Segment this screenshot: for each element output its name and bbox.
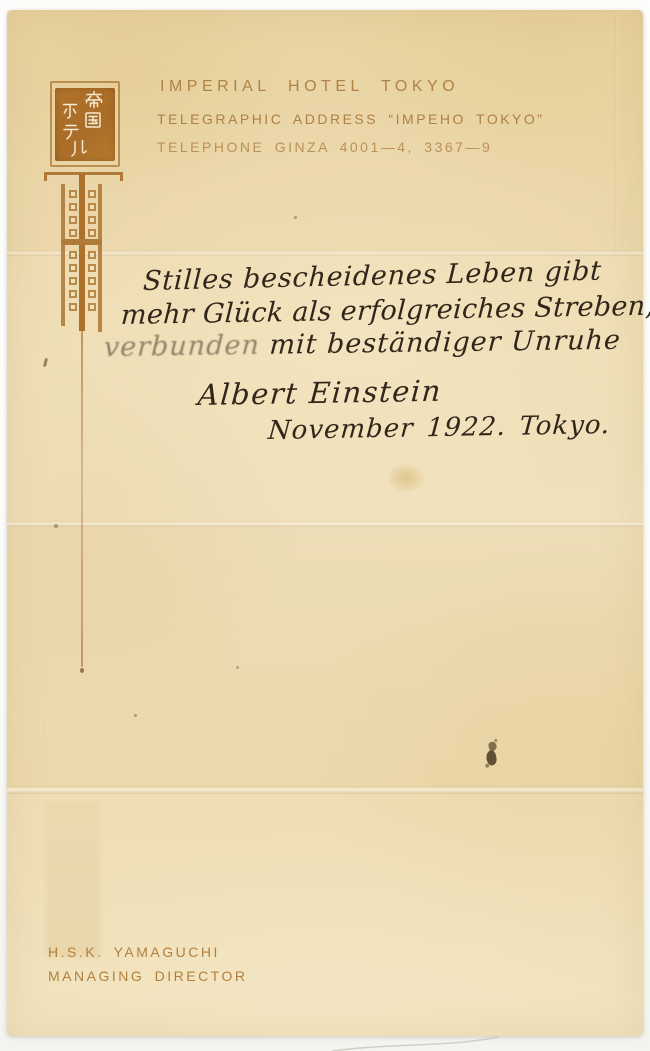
ornament-square (88, 251, 96, 259)
ornament-rail-right (98, 184, 102, 332)
ornament-rail-left (61, 184, 65, 326)
ornament-top-tick-right (120, 172, 123, 181)
ornament-square (69, 229, 77, 237)
fold-crease-middle (7, 521, 643, 527)
ornament-square (69, 190, 77, 198)
ornament-square (88, 264, 96, 272)
ink-dot-on-crease (54, 524, 58, 528)
ornament-top-tick-left (44, 172, 47, 181)
ornament-square (69, 216, 77, 224)
ornament-stem-line (81, 331, 83, 667)
ornament-square (69, 277, 77, 285)
hotel-logo (55, 88, 115, 161)
handwriting-dateline: November 1922. Tokyo. (267, 410, 611, 446)
paper-speck-3 (236, 666, 239, 669)
handwriting-line-3-rest: mit beständiger Unruhe (259, 325, 622, 361)
ornament-square (88, 203, 96, 211)
handwriting-line-3-faded-word: verbunden (103, 330, 261, 363)
footer-director-title: MANAGING DIRECTOR (48, 968, 247, 984)
letterhead-telephone: TELEPHONE GINZA 4001—4, 3367—9 (157, 139, 492, 155)
ornament-square (69, 251, 77, 259)
background-sheet-edge (330, 1034, 500, 1051)
paper-speck-2 (134, 714, 137, 717)
bleedthrough-logo-ghost (46, 802, 100, 958)
ornament-square (88, 303, 96, 311)
crease-vertical-right (615, 12, 618, 252)
paper-speck-1 (294, 216, 297, 219)
ornament-stem-end-dot (80, 668, 84, 673)
fold-crease-lower (7, 786, 643, 794)
ornament-square (69, 264, 77, 272)
ornament-square (88, 277, 96, 285)
ornament-square (88, 190, 96, 198)
ornament-crossbar (61, 239, 102, 245)
photo-frame: IMPERIAL HOTEL TOKYO TELEGRAPHIC ADDRESS… (0, 0, 650, 1051)
handwriting-signature: Albert Einstein (197, 374, 443, 412)
letterhead-hotel-name: IMPERIAL HOTEL TOKYO (160, 78, 459, 96)
ornament-square (69, 303, 77, 311)
ornament-square (88, 229, 96, 237)
ornament-square (69, 203, 77, 211)
footer-director-name: H.S.K. YAMAGUCHI (48, 944, 220, 960)
fold-crease-upper (7, 250, 643, 256)
ornament-square (88, 290, 96, 298)
letterhead-telegraphic-address: TELEGRAPHIC ADDRESS “IMPEHO TOKYO” (157, 111, 544, 127)
paper-stain (388, 464, 424, 492)
ornament-square (88, 216, 96, 224)
ornament-center-stem (79, 174, 85, 331)
logo-kanji-graphic (55, 88, 115, 161)
ornament-square (69, 290, 77, 298)
